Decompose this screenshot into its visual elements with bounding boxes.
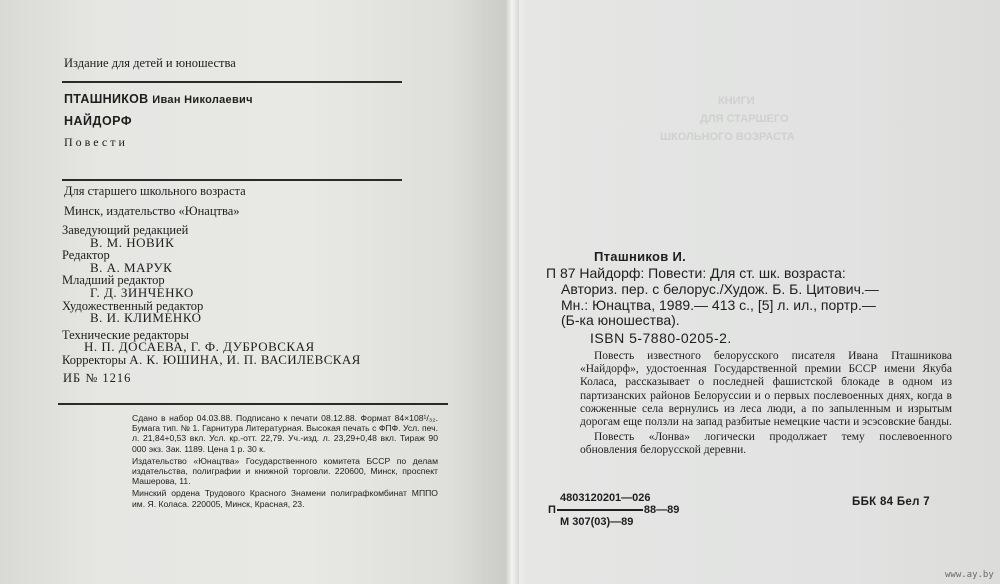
catalog-line: (Б-ка юношества). bbox=[546, 313, 964, 329]
imprint-block: Сдано в набор 04.03.88. Подписано к печа… bbox=[132, 413, 438, 511]
bbk-code: ББК 84 Бел 7 bbox=[852, 496, 930, 508]
divider bbox=[62, 81, 402, 83]
author-name: ПТАШНИКОВ Иван Николаевич bbox=[64, 92, 253, 106]
author-given-name: Иван Николаевич bbox=[152, 94, 253, 106]
age-group: Для старшего школьного возраста bbox=[64, 184, 246, 199]
code-denominator: М 307(03)—89 bbox=[560, 516, 633, 528]
fraction-bar bbox=[557, 509, 643, 511]
show-through-text: КНИГИ bbox=[718, 95, 755, 107]
code-years: 88—89 bbox=[644, 504, 679, 516]
book-title: НАЙДОРФ bbox=[64, 114, 132, 128]
divider bbox=[58, 403, 448, 405]
catalog-card-author: Пташников И. bbox=[594, 249, 686, 264]
isbn: ISBN 5-7880-0205-2. bbox=[590, 330, 732, 346]
code-letter: П bbox=[548, 504, 556, 516]
staff-person: В. И. КЛИМЕНКО bbox=[62, 312, 361, 325]
staff-person: Г. Д. ЗИНЧЕНКО bbox=[62, 287, 361, 300]
divider bbox=[62, 179, 402, 181]
correctors-label: Корректоры bbox=[62, 353, 126, 367]
code-fraction: П88—89 bbox=[548, 504, 679, 516]
show-through-text: ШКОЛЬНОГО ВОЗРАСТА bbox=[660, 131, 795, 143]
code-numerator: 4803120201—026 bbox=[560, 492, 651, 504]
catalog-line: Авториз. пер. с белорус./Худож. Б. Б. Ци… bbox=[546, 282, 964, 298]
series-note: Издание для детей и юношества bbox=[64, 56, 236, 71]
catalog-card-body: П 87 Найдорф: Повести: Для ст. шк. возра… bbox=[546, 266, 964, 329]
book-spine-fold bbox=[505, 0, 519, 584]
show-through-text: ДЛЯ СТАРШЕГО bbox=[700, 113, 789, 125]
publisher-address: Издательство «Юнацтва» Государственного … bbox=[132, 456, 438, 487]
catalog-line: Мн.: Юнацтва, 1989.— 413 с., [5] л. ил.,… bbox=[546, 298, 964, 314]
ib-number: ИБ № 1216 bbox=[63, 371, 131, 386]
publisher-line: Минск, издательство «Юнацтва» bbox=[64, 204, 240, 219]
print-details: Сдано в набор 04.03.88. Подписано к печа… bbox=[132, 413, 438, 454]
editorial-staff: Заведующий редакцией В. М. НОВИК Редакто… bbox=[62, 224, 361, 367]
annotation: Повесть известного белорусского писателя… bbox=[580, 350, 952, 458]
watermark: www.ay.by bbox=[945, 570, 994, 580]
correctors: Корректоры А. К. ЮШИНА, И. П. ВАСИЛЕВСКА… bbox=[62, 354, 361, 367]
printer-address: Минский ордена Трудового Красного Знамен… bbox=[132, 488, 438, 508]
annotation-paragraph: Повесть известного белорусского писателя… bbox=[580, 350, 952, 429]
catalog-line: П 87 Найдорф: Повести: Для ст. шк. возра… bbox=[546, 266, 964, 282]
author-surname: ПТАШНИКОВ bbox=[64, 92, 149, 106]
book-genre: Повести bbox=[64, 135, 128, 150]
annotation-paragraph: Повесть «Лонва» логически продолжает тем… bbox=[580, 431, 952, 457]
correctors-names: А. К. ЮШИНА, И. П. ВАСИЛЕВСКАЯ bbox=[129, 352, 360, 367]
